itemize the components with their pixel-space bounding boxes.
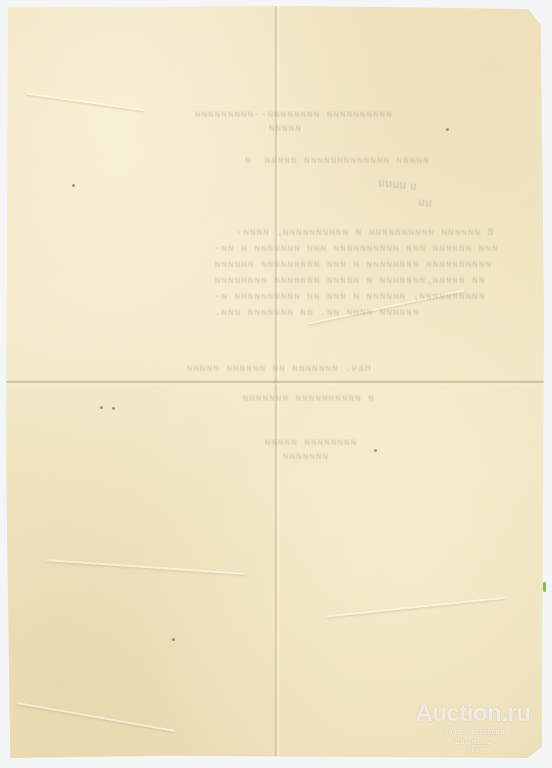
bleed-subject: иииии иииииииииииии иииии и xyxy=(244,156,429,167)
horizontal-fold-line xyxy=(6,380,544,385)
ink-spot xyxy=(446,128,449,131)
bleed-signature-line: иииииии xyxy=(282,452,328,463)
watermark-subtitle: торговая площадка xyxy=(398,728,548,737)
bleed-signature-line: ииииииии иииии xyxy=(264,438,356,449)
bleed-header-line: ииииииииии ииииииии--иииииииии xyxy=(194,110,392,121)
ink-spot xyxy=(172,638,175,641)
bleed-body-line: ииииииииии, ииииии и иии ии ииииииииии и… xyxy=(214,292,485,303)
ink-spot xyxy=(374,449,377,452)
paper-crease xyxy=(17,702,175,732)
bleed-signature-line: и ииииииииии иииииии xyxy=(242,394,374,405)
watermark-extra: ииии xyxy=(398,746,548,755)
bleed-signature-line: Нач. иииииии ии ииииии иииии xyxy=(186,364,371,375)
bleed-header-line: иииии xyxy=(268,124,301,135)
bleed-body-line: иии ииииии иии ииииииииии иии иииииии и … xyxy=(214,244,498,255)
ink-spot xyxy=(100,406,103,409)
ink-spot xyxy=(72,184,75,187)
document-sheet: ииииииииии ииииииии--иииииииии иииии иии… xyxy=(6,6,544,758)
bleed-body-line: ии иииии,иииииии и иииии иииииии иииииии… xyxy=(214,276,485,287)
paper-crease xyxy=(46,559,246,575)
bleed-body-line: В ииииии ииииииииии и ииииииииии, ииии- xyxy=(236,228,493,239)
watermark-user: Дворец_1 xyxy=(398,737,548,746)
paper-crease xyxy=(326,597,505,618)
watermark-title: Auction.ru xyxy=(398,700,548,728)
bleed-body-line: ииииииииии ииииииии и иии иииииииии ииии… xyxy=(214,260,491,271)
bleed-body-line: ииииии ииии ии. ии иииииии иии. xyxy=(214,308,419,319)
paper-crease xyxy=(26,93,145,112)
auction-watermark: Auction.ru торговая площадка Дворец_1 ии… xyxy=(398,700,548,755)
handwritten-note: ии xyxy=(417,195,432,209)
handwritten-note: и ииии xyxy=(377,176,417,193)
green-mark xyxy=(543,582,546,592)
ink-spot xyxy=(112,407,115,410)
